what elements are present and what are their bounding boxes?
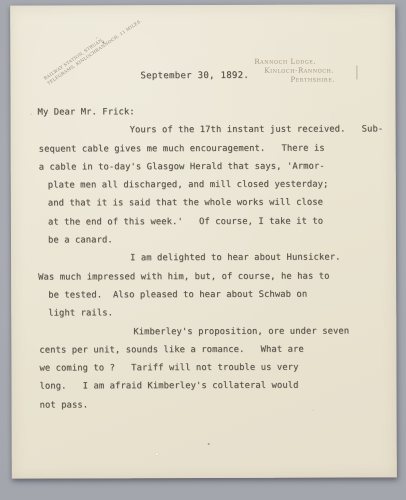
letter-line: My Dear Mr. Frick: bbox=[38, 102, 383, 122]
scan-background: RAILWAY STATION, STRUAN. TELEGRAMS, KINL… bbox=[0, 0, 406, 500]
paper-speck bbox=[156, 453, 158, 455]
letter-paper: RAILWAY STATION, STRUAN. TELEGRAMS, KINL… bbox=[10, 4, 397, 478]
stamp-railway-station-line: RAILWAY STATION, STRUAN. bbox=[43, 14, 140, 83]
letter-line: sequent cable gives me much encouragemen… bbox=[39, 139, 383, 158]
embossed-address-stamp: RAILWAY STATION, STRUAN. TELEGRAMS, KINL… bbox=[43, 14, 144, 88]
letter-line: a cable in to-day's Glasgow Herald that … bbox=[39, 157, 383, 176]
letter-date: September 30, 1892. bbox=[140, 71, 249, 81]
letter-line: Yours of the 17th instant just received.… bbox=[130, 121, 383, 140]
letter-line: not pass. bbox=[40, 395, 384, 414]
letter-body: My Dear Mr. Frick:Yours of the 17th inst… bbox=[38, 102, 384, 414]
letter-line: be tested. Also pleased to hear about Sc… bbox=[48, 285, 383, 304]
letter-line: at the end of this week.' Of course, I t… bbox=[48, 212, 383, 231]
letterhead-lodge-name: Rannoch Lodge. bbox=[254, 58, 316, 66]
letter-line: cents per unit, sounds like a romance. W… bbox=[39, 340, 383, 359]
letter-line: light rails. bbox=[48, 304, 383, 323]
letter-line: Was much impressed with him, but, of cou… bbox=[38, 267, 383, 287]
letter-line: and that it is said that the whole works… bbox=[48, 194, 383, 213]
letter-line: we coming to ? Tariff will not trouble u… bbox=[39, 359, 383, 378]
letterhead-locality: Kinloch-Rannoch. bbox=[264, 67, 334, 75]
letter-line: Kimberley's proposition, ore under seven bbox=[133, 322, 383, 341]
paper-speck bbox=[96, 37, 97, 38]
paper-speck bbox=[31, 114, 32, 115]
paper-speck bbox=[102, 41, 104, 43]
letterhead-county: Perthshire. bbox=[290, 76, 335, 84]
pencil-mark bbox=[356, 65, 357, 79]
stamp-telegrams-line: TELEGRAMS, KINLOCHRANNOCH, 11 MILES. bbox=[47, 19, 144, 88]
paper-speck bbox=[208, 443, 210, 445]
letter-line: be a canard. bbox=[48, 230, 383, 249]
letter-line: long. I am afraid Kimberley's collateral… bbox=[39, 377, 383, 396]
letter-line: I am delighted to hear about Hunsicker. bbox=[130, 249, 383, 268]
letter-line: plate men all discharged, and mill close… bbox=[48, 176, 383, 195]
